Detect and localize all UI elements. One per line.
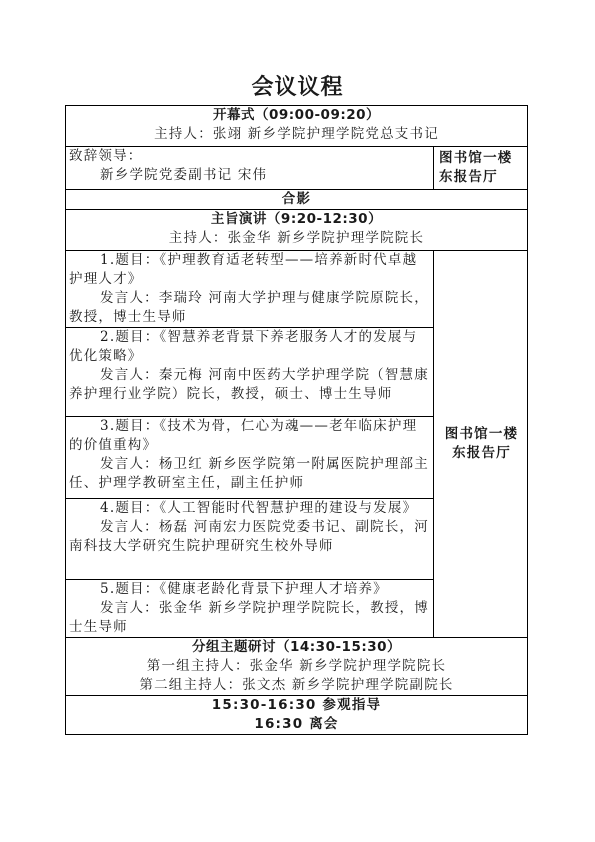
talk-speaker: 发言人：秦元梅 河南中医药大学护理学院（智慧康养护理行业学院）院长，教授，硕士、… [69,366,430,404]
keynote-heading: 主旨演讲（9:20-12:30） [69,210,524,229]
talk-speaker: 发言人：杨磊 河南宏力医院党委书记、副院长，河南科技大学研究生院护理研究生校外导… [69,518,430,556]
keynote-header-row: 主旨演讲（9:20-12:30） 主持人：张金华 新乡学院护理学院院长 [66,210,528,251]
agenda-table: 开幕式（09:00-09:20） 主持人：张翊 新乡学院护理学院党总支书记 致辞… [65,105,528,735]
group-heading: 分组主题研讨（14:30-15:30） [69,638,524,657]
speech-leader: 新乡学院党委副书记 宋伟 [69,166,430,185]
venue-line: 东报告厅 [439,168,524,187]
page-title: 会议议程 [0,72,595,102]
talk-topic: 3.题目：《技术为骨，仁心为魂——老年临床护理的价值重构》 [69,417,430,455]
opening-heading: 开幕式（09:00-09:20） [69,106,524,125]
talk-row: 1.题目：《护理教育适老转型——培养新时代卓越护理人才》 发言人：李瑞玲 河南大… [66,251,528,328]
venue-cell-opening: 图书馆一楼 东报告厅 [434,147,528,190]
visit-item: 15:30-16:30 参观指导 [69,696,524,715]
opening-host: 主持人：张翊 新乡学院护理学院党总支书记 [69,125,524,144]
photo-heading: 合影 [66,190,528,210]
talk-speaker: 发言人：杨卫红 新乡医学院第一附属医院护理部主任、护理学教研室主任，副主任护师 [69,455,430,493]
group-host-1: 第一组主持人：张金华 新乡学院护理学院院长 [69,657,524,676]
venue-line: 图书馆一楼 [439,425,524,444]
talk-speaker: 发言人：张金华 新乡学院护理学院院长，教授，博士生导师 [69,599,430,637]
closing-row: 15:30-16:30 参观指导 16:30 离会 [66,696,528,735]
speech-label: 致辞领导： [69,147,430,166]
end-item: 16:30 离会 [69,715,524,734]
speech-row: 致辞领导： 新乡学院党委副书记 宋伟 图书馆一楼 东报告厅 [66,147,528,190]
talk-topic: 1.题目：《护理教育适老转型——培养新时代卓越护理人才》 [69,251,430,289]
opening-row: 开幕式（09:00-09:20） 主持人：张翊 新乡学院护理学院党总支书记 [66,106,528,147]
keynote-host: 主持人：张金华 新乡学院护理学院院长 [69,229,524,248]
talk-topic: 5.题目：《健康老龄化背景下护理人才培养》 [69,580,430,599]
talk-topic: 4.题目：《人工智能时代智慧护理的建设与发展》 [69,499,430,518]
venue-line: 图书馆一楼 [439,149,524,168]
talk-topic: 2.题目：《智慧养老背景下养老服务人才的发展与优化策略》 [69,328,430,366]
venue-cell-keynote: 图书馆一楼 东报告厅 [434,251,528,638]
photo-row: 合影 [66,190,528,210]
group-host-2: 第二组主持人：张文杰 新乡学院护理学院副院长 [69,676,524,695]
talk-speaker: 发言人：李瑞玲 河南大学护理与健康学院原院长，教授，博士生导师 [69,289,430,327]
group-row: 分组主题研讨（14:30-15:30） 第一组主持人：张金华 新乡学院护理学院院… [66,638,528,696]
venue-line: 东报告厅 [439,444,524,463]
